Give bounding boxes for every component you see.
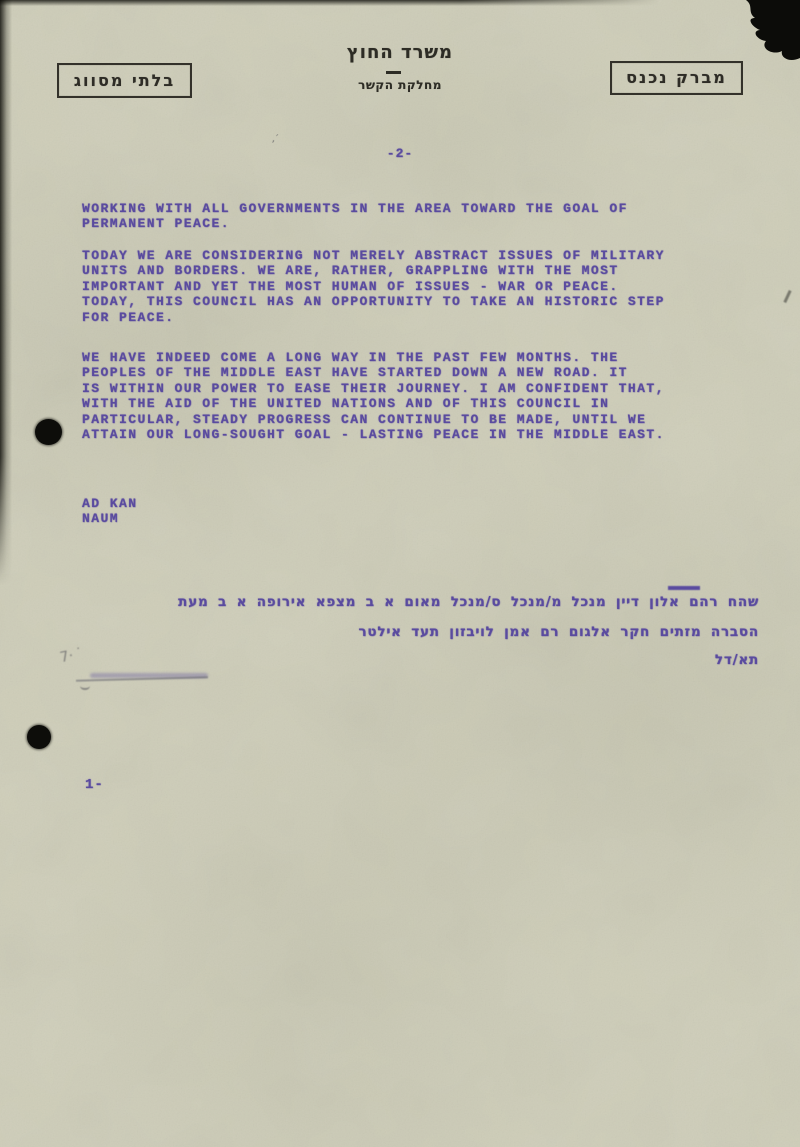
body-paragraph-3: WE HAVE INDEED COME A LONG WAY IN THE PA… <box>82 350 665 442</box>
hole-punch-bottom <box>27 725 51 749</box>
stamp-unclassified: בלתי מסווג <box>57 63 192 98</box>
pencil-tick-mark: ,′ <box>271 132 279 146</box>
smudge-curl <box>80 682 90 690</box>
scanned-telegram-page: משרד החוץ מחלקת הקשר בלתי מסווג מברק נכנ… <box>0 0 800 1147</box>
scan-edge-shadow-top <box>0 0 660 6</box>
footer-page-marker: 1- <box>85 777 104 793</box>
header-divider-dash <box>386 71 401 74</box>
sign-off: AD KAN NAUM <box>82 496 138 527</box>
page-number: -2- <box>0 146 800 161</box>
distribution-line-1: שהח רהם אלון דיין מנכל מ/מנכל ס/מנכל מאו… <box>178 594 759 610</box>
pencil-mark-right-edge <box>783 290 791 303</box>
distribution-separator-dash <box>668 586 700 590</box>
stamp-incoming-cable: מברק נכנס <box>610 61 743 95</box>
distribution-line-2: הסברה מזתים חקר אלגום רם אמן לויבזון תעד… <box>358 624 759 640</box>
body-paragraph-2: TODAY WE ARE CONSIDERING NOT MERELY ABST… <box>82 248 665 325</box>
ministry-title: משרד החוץ <box>0 42 800 63</box>
paper-texture <box>0 0 800 1147</box>
ink-smudge-strikethrough <box>76 670 218 688</box>
pencil-scrawl: 7· ˙ <box>59 646 85 666</box>
hole-punch-top <box>35 419 62 445</box>
distribution-line-3: תא/דל <box>715 652 759 668</box>
body-paragraph-1: WORKING WITH ALL GOVERNMENTS IN THE AREA… <box>82 201 628 232</box>
